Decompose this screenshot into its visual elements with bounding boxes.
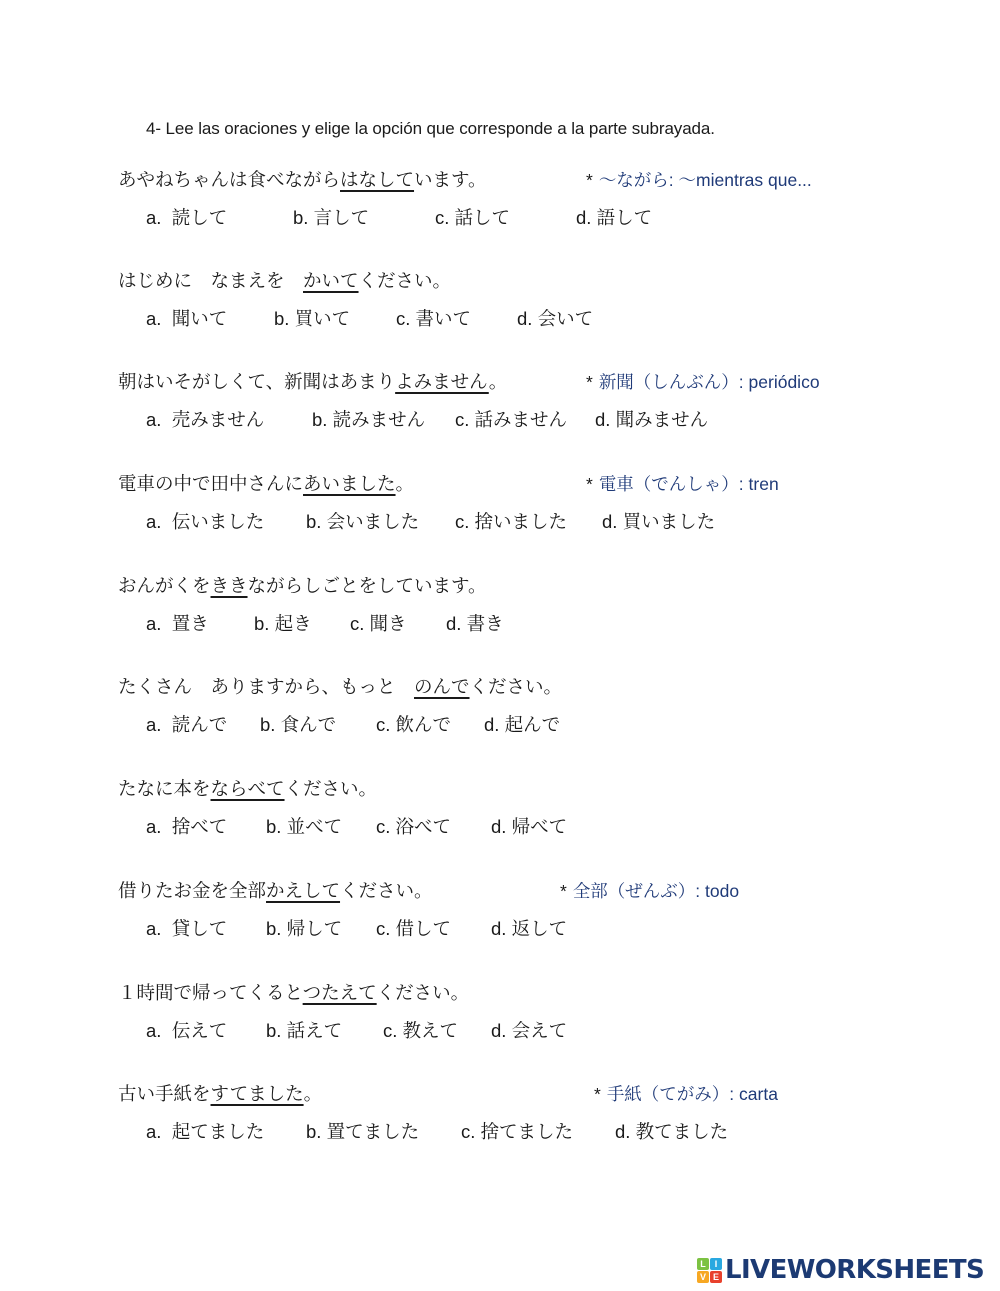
option-d[interactable]: d. 起んで [484,713,560,737]
option-b[interactable]: b. 読みません [312,408,425,432]
sentence-before: 借りたお金を全部 [118,880,266,901]
sentence-after: 。 [396,473,415,494]
note-text: 全部（ぜんぶ）: todo [573,881,739,901]
vocab-note: *手紙（てがみ）: carta [594,1082,778,1106]
sentence-before: １時間で帰ってくると [118,982,303,1003]
note-text: 〜ながら: 〜mientras que... [599,170,812,190]
underlined-word: かえして [266,880,340,901]
sentence-after: ください。 [359,270,452,291]
option-c[interactable]: c. 聞き [350,612,407,636]
option-d[interactable]: d. 会えて [491,1019,567,1043]
option-c[interactable]: c. 話して [435,206,510,230]
underlined-word: あいました [303,473,396,494]
liveworksheets-logo: L I V E LIVEWORKSHEETS [697,1255,984,1285]
sentence-after: ながらしごとをしています。 [248,575,487,596]
option-a[interactable]: a. 捨べて [146,815,227,839]
option-d[interactable]: d. 教てました [615,1120,728,1144]
question-item: たなに本をならべてください。 a. 捨べて b. 並べて c. 浴べて d. 帰… [118,777,898,847]
option-c[interactable]: c. 話みません [455,408,567,432]
option-d[interactable]: d. 返して [491,917,567,941]
question-sentence: 電車の中で田中さんにあいました。 [118,472,414,496]
question-sentence: おんがくをききながらしごとをしています。 [118,574,487,598]
underlined-word: つたえて [303,982,377,1003]
option-b[interactable]: b. 言して [293,206,369,230]
option-b[interactable]: b. 並べて [266,815,342,839]
vocab-note: *全部（ぜんぶ）: todo [560,879,739,903]
question-item: はじめに なまえを かいてください。 a. 聞いて b. 買いて c. 書いて … [118,269,898,339]
sentence-before: おんがくを [118,575,211,596]
option-d[interactable]: d. 語して [576,206,652,230]
question-item: 古い手紙をすてました。 *手紙（てがみ）: carta a. 起てました b. … [118,1082,898,1152]
note-text: 電車（でんしゃ）: tren [599,474,779,494]
option-c[interactable]: c. 借して [376,917,451,941]
question-sentence: たなに本をならべてください。 [118,777,377,801]
sentence-after: ください。 [377,982,470,1003]
option-a[interactable]: a. 読んで [146,713,227,737]
option-a[interactable]: a. 置き [146,612,209,636]
underlined-word: きき [211,575,248,596]
sentence-after: ください。 [470,676,563,697]
option-c[interactable]: c. 書いて [396,307,471,331]
underlined-word: ならべて [211,778,285,799]
asterisk-icon: * [586,170,593,190]
underlined-word: のんで [414,676,470,697]
question-item: １時間で帰ってくるとつたえてください。 a. 伝えて b. 話えて c. 教えて… [118,981,898,1051]
question-item: 借りたお金を全部かえしてください。 *全部（ぜんぶ）: todo a. 貸して … [118,879,898,949]
option-b[interactable]: b. 会いました [306,510,419,534]
question-sentence: たくさん ありますから、もっと のんでください。 [118,675,562,699]
sentence-after: 。 [304,1083,323,1104]
question-item: 電車の中で田中さんにあいました。 *電車（でんしゃ）: tren a. 伝いまし… [118,472,898,542]
option-d[interactable]: d. 書き [446,612,504,636]
underlined-word: はなして [340,169,414,190]
option-b[interactable]: b. 帰して [266,917,342,941]
option-b[interactable]: b. 食んで [260,713,336,737]
logo-tile: L [697,1258,709,1270]
option-b[interactable]: b. 起き [254,612,312,636]
option-c[interactable]: c. 浴べて [376,815,451,839]
sentence-before: あやねちゃんは食べながら [118,169,340,190]
vocab-note: *〜ながら: 〜mientras que... [586,168,812,192]
vocab-note: *新聞（しんぶん）: periódico [586,370,820,394]
option-a[interactable]: a. 聞いて [146,307,227,331]
asterisk-icon: * [586,474,593,494]
question-sentence: 朝はいそがしくて、新聞はあまりよみません。 [118,370,507,394]
asterisk-icon: * [594,1084,601,1104]
option-c[interactable]: c. 教えて [383,1019,458,1043]
question-sentence: 借りたお金を全部かえしてください。 [118,879,433,903]
option-b[interactable]: b. 話えて [266,1019,342,1043]
option-c[interactable]: c. 飲んで [376,713,451,737]
underlined-word: よみません [395,371,489,392]
underlined-word: すてました [211,1083,304,1104]
logo-tile: V [697,1271,709,1283]
question-sentence: あやねちゃんは食べながらはなしています。 [118,168,487,192]
question-sentence: 古い手紙をすてました。 [118,1082,322,1106]
sentence-before: はじめに なまえを [118,270,303,291]
sentence-after: 。 [489,371,508,392]
logo-tile: I [710,1258,722,1270]
question-item: たくさん ありますから、もっと のんでください。 a. 読んで b. 食んで c… [118,675,898,745]
option-d[interactable]: d. 会いて [517,307,593,331]
note-text: 新聞（しんぶん）: periódico [599,372,820,392]
note-text: 手紙（てがみ）: carta [607,1084,778,1104]
option-d[interactable]: d. 聞みません [595,408,708,432]
option-d[interactable]: d. 買いました [602,510,715,534]
sentence-before: 電車の中で田中さんに [118,473,303,494]
question-sentence: はじめに なまえを かいてください。 [118,269,451,293]
asterisk-icon: * [560,881,567,901]
option-d[interactable]: d. 帰べて [491,815,567,839]
sentence-after: ください。 [340,880,433,901]
option-a[interactable]: a. 起てました [146,1120,264,1144]
option-a[interactable]: a. 読して [146,206,227,230]
option-a[interactable]: a. 伝いました [146,510,264,534]
option-b[interactable]: b. 買いて [274,307,350,331]
question-item: あやねちゃんは食べながらはなしています。 *〜ながら: 〜mientras qu… [118,168,898,238]
question-item: 朝はいそがしくて、新聞はあまりよみません。 *新聞（しんぶん）: periódi… [118,370,898,440]
vocab-note: *電車（でんしゃ）: tren [586,472,779,496]
underlined-word: かいて [303,270,359,291]
option-c[interactable]: c. 捨いました [455,510,567,534]
question-item: おんがくをききながらしごとをしています。 a. 置き b. 起き c. 聞き d… [118,574,898,644]
logo-text: LIVEWORKSHEETS [725,1255,984,1285]
sentence-before: たくさん ありますから、もっと [118,676,414,697]
logo-tile: E [710,1271,722,1283]
option-a[interactable]: a. 伝えて [146,1019,227,1043]
sentence-after: ください。 [285,778,378,799]
option-c[interactable]: c. 捨てました [461,1120,573,1144]
option-a[interactable]: a. 売みません [146,408,264,432]
option-a[interactable]: a. 貸して [146,917,227,941]
asterisk-icon: * [586,372,593,392]
question-sentence: １時間で帰ってくるとつたえてください。 [118,981,469,1005]
sentence-after: います。 [414,169,487,190]
sentence-before: たなに本を [118,778,211,799]
sentence-before: 朝はいそがしくて、新聞はあまり [118,371,395,392]
sentence-before: 古い手紙を [118,1083,211,1104]
option-b[interactable]: b. 置てました [306,1120,419,1144]
live-tiles-icon: L I V E [697,1258,722,1283]
instruction-heading: 4- Lee las oraciones y elige la opción q… [146,119,715,139]
